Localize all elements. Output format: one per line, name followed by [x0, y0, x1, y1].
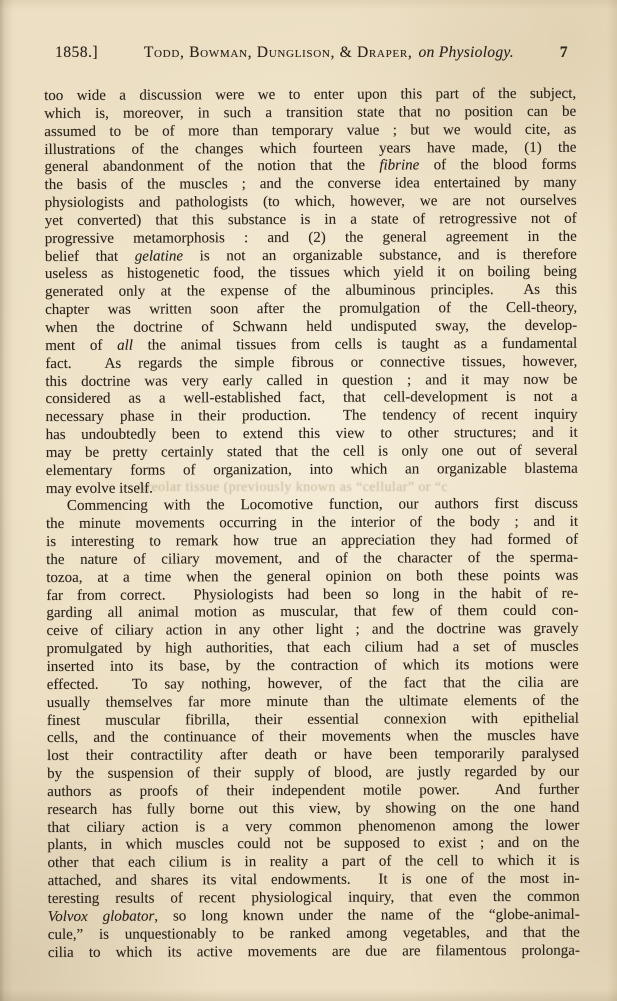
text-run: elementary forms of organization, into w…: [46, 460, 578, 478]
text-line: other that each cilium is in reality a p…: [47, 853, 579, 873]
text-line: promulgated by high authorities, that ea…: [47, 639, 579, 659]
page-header: 1858.] Todd, Bowman, Dunglison, & Draper…: [46, 44, 578, 62]
text-line: fact. As regards the simple fibrous or c…: [45, 353, 577, 373]
text-run: belief that: [45, 248, 135, 264]
text-line: when the doctrine of Schwann held undisp…: [45, 318, 577, 338]
text-run: the animal tissues from cells is taught …: [133, 335, 577, 353]
text-run: that ciliary action is a very common phe…: [47, 817, 579, 835]
text-run: Commencing with the Locomotive function,…: [67, 496, 578, 514]
text-run: general abandonment of the notion that t…: [44, 158, 379, 175]
text-line: ceive of ciliary action in any other lig…: [46, 621, 578, 641]
text-line: attached, and shares its vital endowment…: [48, 871, 580, 891]
header-work-title: on Physiology.: [418, 44, 513, 61]
paragraph: Commencing with the Locomotive function,…: [46, 496, 580, 962]
italic-text: all: [117, 337, 133, 353]
text-line: the basis of the muscles ; and the conve…: [44, 175, 576, 195]
page-number: 7: [560, 44, 578, 62]
text-run: inserted into its base, by the contracti…: [47, 657, 579, 675]
text-run: the minute movements occurring in the in…: [46, 514, 578, 532]
text-line: effected. To say nothing, however, of th…: [47, 675, 579, 695]
text-run: teresting results of recent physiologica…: [48, 889, 580, 907]
italic-text: fibrine: [379, 158, 419, 174]
text-run: cells, and the continuance of their move…: [47, 728, 579, 746]
text-run: useless as histogenetic food, the tissue…: [45, 264, 577, 282]
header-authors: Todd, Bowman, Dunglison, & Draper,: [144, 44, 413, 61]
header-title: Todd, Bowman, Dunglison, & Draper,on Phy…: [98, 44, 560, 62]
text-line: too wide a discussion were we to enter u…: [44, 86, 576, 106]
text-line: elementary forms of organization, into w…: [46, 460, 578, 480]
paragraph: too wide a discussion were we to enter u…: [44, 86, 578, 499]
text-line: the minute movements occurring in the in…: [46, 514, 578, 534]
text-line: lost their contractility after death or …: [47, 746, 579, 766]
text-line: may be pretty certainly stated that the …: [46, 443, 578, 463]
text-run: the nature of ciliary movement, and of t…: [46, 550, 578, 568]
text-run: usually themselves far more minute than …: [47, 692, 579, 710]
text-line: finest muscular fibrilla, their essentia…: [47, 710, 579, 730]
text-run: when the doctrine of Schwann held undisp…: [45, 318, 577, 336]
text-run: generated only at the expense of the alb…: [45, 282, 577, 300]
text-line: authors as proofs of their independent m…: [47, 782, 579, 802]
text-run: by the suspension of their supply of blo…: [47, 764, 579, 782]
text-run: this doctrine was very early called in q…: [45, 371, 577, 389]
text-run: fact. As regards the simple fibrous or c…: [45, 353, 577, 371]
text-line: cilia to which its active movements are …: [48, 942, 580, 962]
text-run: assumed to be of more than temporary val…: [44, 121, 576, 139]
text-run: cilia to which its active movements are …: [48, 942, 580, 960]
text-run: promulgated by high authorities, that ea…: [47, 639, 579, 657]
text-line: Commencing with the Locomotive function,…: [46, 496, 578, 516]
text-run: cule,” is unquestionably to be ranked am…: [48, 924, 580, 942]
text-line: may evolve itself.: [46, 478, 578, 498]
text-run: ceive of ciliary action in any other lig…: [46, 621, 578, 639]
header-year: 1858.]: [46, 44, 98, 62]
text-run: plants, in which muscles could not be su…: [47, 835, 579, 853]
text-line: progressive metamorphosis : and (2) the …: [45, 228, 577, 248]
text-line: Volvox globator, so long known under the…: [48, 906, 580, 926]
text-run: other that each cilium is in reality a p…: [47, 853, 579, 871]
text-line: has undoubtedly been to extend this view…: [46, 425, 578, 445]
text-line: assumed to be of more than temporary val…: [44, 121, 576, 141]
text-line: plants, in which muscles could not be su…: [47, 835, 579, 855]
scanned-book-page: 1858.] Todd, Bowman, Dunglison, & Draper…: [0, 0, 617, 1001]
text-line: tozoa, at a time when the general opinio…: [46, 567, 578, 587]
text-line: yet converted) that this substance is in…: [45, 211, 577, 231]
text-line: generated only at the expense of the alb…: [45, 282, 577, 302]
italic-text: Volvox globator: [48, 908, 155, 924]
text-run: the basis of the muscles ; and the conve…: [44, 175, 576, 193]
text-run: yet converted) that this substance is in…: [45, 211, 577, 229]
text-line: necessary phase in their production. The…: [45, 407, 577, 427]
text-line: garding all animal motion as muscular, t…: [46, 603, 578, 623]
text-run: garding all animal motion as muscular, t…: [46, 603, 578, 621]
text-run: which is, moreover, in such a transition…: [44, 104, 576, 122]
text-run: tozoa, at a time when the general opinio…: [46, 567, 578, 585]
text-run: , so long known under the name of the “g…: [154, 906, 579, 924]
text-run: considered as a well-established fact, t…: [45, 389, 577, 407]
text-run: is not an organizable substance, and is …: [183, 246, 577, 264]
text-line: physiologists and pathologists (to which…: [45, 193, 577, 213]
text-run: may be pretty certainly stated that the …: [46, 443, 578, 461]
text-line: considered as a well-established fact, t…: [45, 389, 577, 409]
text-run: far from correct. Physiologists had been…: [46, 585, 578, 603]
text-run: finest muscular fibrilla, their essentia…: [47, 710, 579, 728]
text-run: attached, and shares its vital endowment…: [48, 871, 580, 889]
text-line: cule,” is unquestionably to be ranked am…: [48, 924, 580, 944]
text-run: authors as proofs of their independent m…: [47, 782, 579, 800]
text-line: this doctrine was very early called in q…: [45, 371, 577, 391]
text-run: physiologists and pathologists (to which…: [45, 193, 577, 211]
text-run: is interesting to remark how true an app…: [46, 532, 578, 550]
text-line: usually themselves far more minute than …: [47, 692, 579, 712]
text-line: inserted into its base, by the contracti…: [47, 657, 579, 677]
text-run: may evolve itself.: [46, 480, 153, 496]
text-line: by the suspension of their supply of blo…: [47, 764, 579, 784]
text-run: chapter was written soon after the promu…: [45, 300, 577, 318]
text-line: teresting results of recent physiologica…: [48, 889, 580, 909]
text-run: research has fully borne out this view, …: [47, 799, 579, 817]
text-run: too wide a discussion were we to enter u…: [44, 86, 576, 104]
text-line: research has fully borne out this view, …: [47, 799, 579, 819]
text-line: general abandonment of the notion that t…: [44, 157, 576, 177]
text-line: illustrations of the changes which fourt…: [44, 139, 576, 159]
text-run: of the blood forms: [419, 157, 576, 174]
text-line: chapter was written soon after the promu…: [45, 300, 577, 320]
text-line: the nature of ciliary movement, and of t…: [46, 550, 578, 570]
text-line: ment of all the animal tissues from cell…: [45, 335, 577, 355]
text-run: illustrations of the changes which fourt…: [44, 139, 576, 157]
text-run: ment of: [45, 338, 117, 354]
page-body: too wide a discussion were we to enter u…: [44, 86, 580, 963]
text-line: which is, moreover, in such a transition…: [44, 104, 576, 124]
text-line: that ciliary action is a very common phe…: [47, 817, 579, 837]
text-line: is interesting to remark how true an app…: [46, 532, 578, 552]
text-run: has undoubtedly been to extend this view…: [46, 425, 578, 443]
text-line: belief that gelatine is not an organizab…: [45, 246, 577, 266]
text-run: effected. To say nothing, however, of th…: [47, 675, 579, 693]
text-line: useless as histogenetic food, the tissue…: [45, 264, 577, 284]
text-run: lost their contractility after death or …: [47, 746, 579, 764]
text-line: cells, and the continuance of their move…: [47, 728, 579, 748]
text-line: far from correct. Physiologists had been…: [46, 585, 578, 605]
italic-text: gelatine: [135, 248, 183, 264]
text-run: progressive metamorphosis : and (2) the …: [45, 228, 577, 246]
text-run: necessary phase in their production. The…: [45, 407, 577, 425]
